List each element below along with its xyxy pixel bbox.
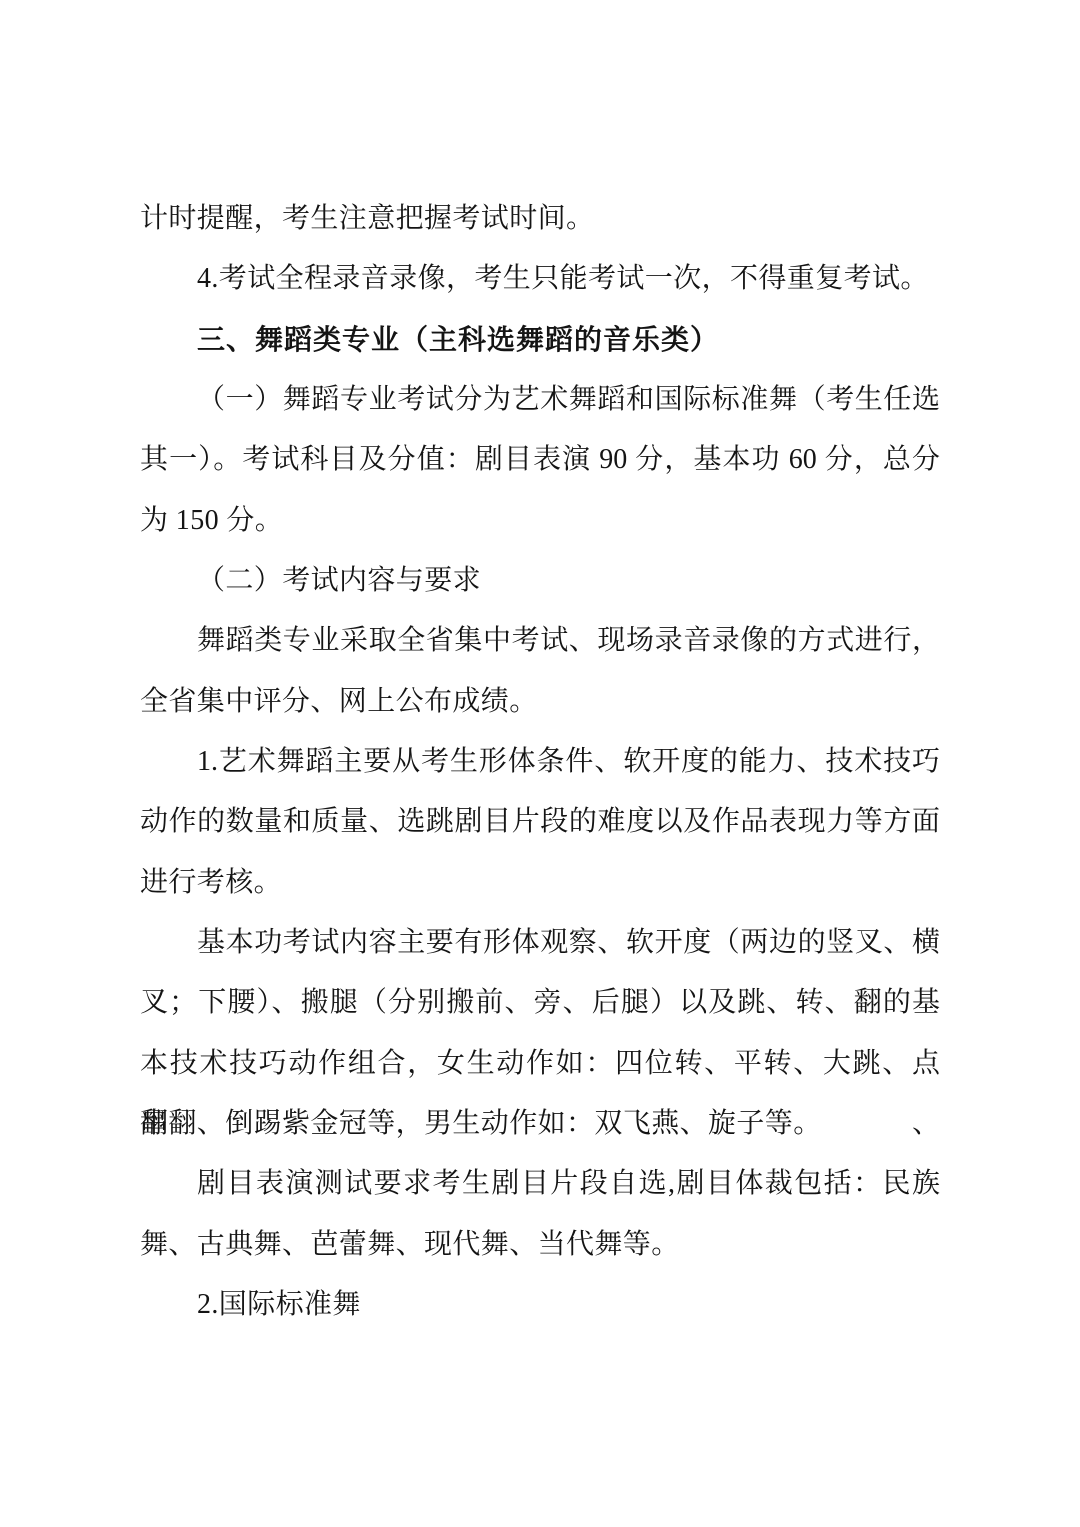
- text-line: 舞蹈类专业采取全省集中考试、现场录音录像的方式进行，: [140, 611, 940, 671]
- text-line: 基本功考试内容主要有形体观察、软开度（两边的竖叉、横: [140, 913, 940, 973]
- text-line: 串翻、倒踢紫金冠等，男生动作如：双飞燕、旋子等。: [140, 1094, 940, 1154]
- text-line: 计时提醒，考生注意把握考试时间。: [140, 189, 940, 249]
- text-line: 1.艺术舞蹈主要从考生形体条件、软开度的能力、技术技巧: [140, 732, 940, 792]
- text-line: 全省集中评分、网上公布成绩。: [140, 672, 940, 732]
- document-page: 计时提醒，考生注意把握考试时间。4.考试全程录音录像，考生只能考试一次，不得重复…: [0, 0, 1080, 1527]
- text-line: 剧目表演测试要求考生剧目片段自选,剧目体裁包括：民族: [140, 1154, 940, 1214]
- text-line: 叉；下腰）、搬腿（分别搬前、旁、后腿）以及跳、转、翻的基: [140, 973, 940, 1033]
- text-line: 本技术技巧动作组合，女生动作如：四位转、平转、大跳、点翻、: [140, 1034, 940, 1094]
- text-line: （二）考试内容与要求: [140, 551, 940, 611]
- text-line: 为 150 分。: [140, 491, 940, 551]
- text-line: 2.国际标准舞: [140, 1275, 940, 1335]
- text-line: 舞、古典舞、芭蕾舞、现代舞、当代舞等。: [140, 1215, 940, 1275]
- text-line: 其一）。考试科目及分值：剧目表演 90 分，基本功 60 分，总分: [140, 430, 940, 490]
- section-heading: 三、舞蹈类专业（主科选舞蹈的音乐类）: [140, 310, 940, 370]
- text-line: （一）舞蹈专业考试分为艺术舞蹈和国际标准舞（考生任选: [140, 370, 940, 430]
- document-text-block: 计时提醒，考生注意把握考试时间。4.考试全程录音录像，考生只能考试一次，不得重复…: [140, 189, 940, 1335]
- text-line: 4.考试全程录音录像，考生只能考试一次，不得重复考试。: [140, 249, 940, 309]
- text-line: 进行考核。: [140, 853, 940, 913]
- text-line: 动作的数量和质量、选跳剧目片段的难度以及作品表现力等方面: [140, 792, 940, 852]
